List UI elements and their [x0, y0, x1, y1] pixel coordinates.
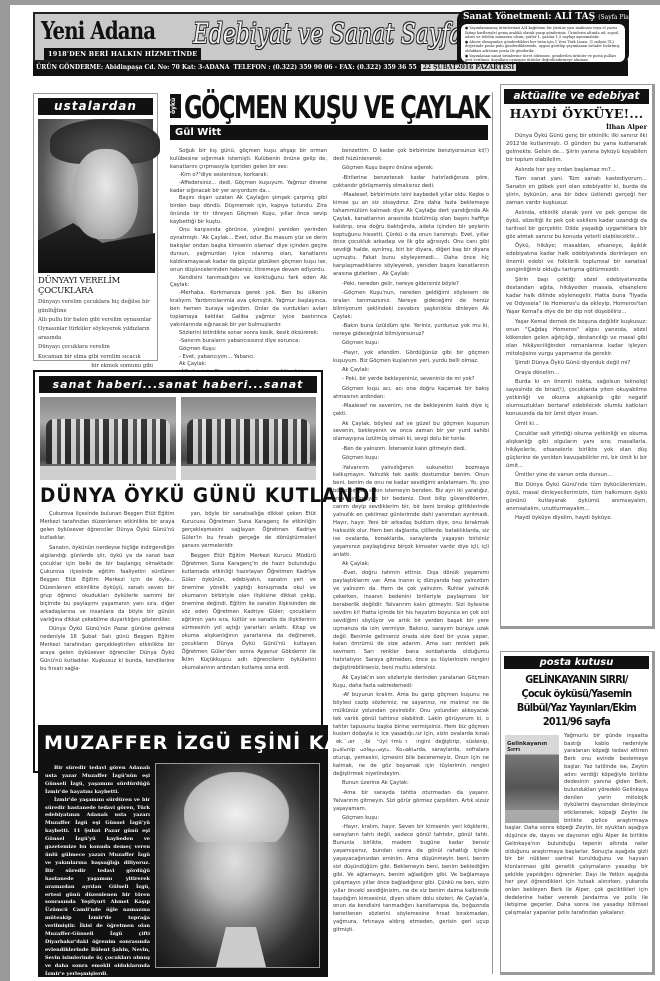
rule-item: Yayımlanmamış ürünlerinizi A/4 kağıdının…	[465, 26, 621, 40]
issue-date: 22 ŞUBAT2016 PAZARTESİ	[421, 64, 516, 71]
portrait-hair	[184, 772, 289, 842]
story-paragraph: Ak Çaylak:	[333, 367, 489, 375]
story-title: GÖÇMEN KUŞU VE ÇAYLAK	[184, 90, 489, 126]
article-paragraph: Haydi öyküye diyelim, haydi öyküye.	[506, 514, 647, 522]
story-paragraph: -Peki, nereden gelir, nereye gidersiniz …	[333, 281, 489, 289]
story-paragraph: -Maalesef, birbirimizin izini kaybedeli …	[333, 192, 489, 279]
story-paragraph: -Evet, doğru tahmin ettiniz. Dışa dönük …	[333, 570, 489, 673]
story-paragraph: Soğuk bir kış günü, göçmen kuşu ahşap bi…	[170, 148, 327, 172]
article-paragraph: Çocuklar salt yitirdiği okuma yetkinliği…	[506, 430, 647, 470]
story-paragraph: - Evet, yabancıyım... Yabancı.	[170, 354, 327, 362]
story-paragraph: -Ben de yalnızım. İsterseniz kalın gitme…	[333, 446, 489, 454]
story-paragraph: Onu karşısında görünce, yüreğini yeniden…	[170, 227, 327, 274]
students-group	[187, 419, 311, 464]
event-photo-2	[181, 397, 317, 480]
news-paragraph: Beşgen Etüt Eğitim Merkezi Kurucu Müdürü…	[182, 552, 317, 672]
article-paragraph: Oraya dönelim...	[506, 369, 647, 377]
story-paragraph: -Hayır, yok efendim. Gördüğünüz gibi bir…	[333, 350, 489, 366]
article-paragraph: Yaşar Kemal demek de boşuna değildir kuş…	[506, 318, 647, 358]
story-paragraph: -Göçmen Kuşu'nun, nereden geldiğimi söyl…	[333, 290, 489, 322]
art-director-credit: Sanat Yönetmeni: ALİ TAŞ (Sayfa Planı-Dü…	[457, 10, 629, 24]
article-author: İlhan Alper	[506, 123, 647, 131]
story-paragraph: -Hayır, kralım, hayır. Seven bir kimseni…	[333, 824, 489, 935]
obituary-body: Bir süredir tedavi gören Adanalı usta ya…	[45, 765, 150, 978]
story-paragraph: Göçmen kuşu:	[333, 340, 489, 348]
posta-kutusu-box: posta kutusu GELİNKAYANIN SIRRI/Çocuk öy…	[500, 651, 655, 975]
obituary-paragraph: Bir süredir tedavi gören Adanalı usta ya…	[45, 765, 150, 797]
story-paragraph: -Bakın buna üzüldüm işte. Yeriniz, yurdu…	[333, 323, 489, 339]
story-paragraph: benzettim. O kadar çok birbirinize benzi…	[333, 148, 489, 164]
section-kicker: ustalardan	[38, 98, 153, 115]
obituary-paragraph: İzmir'de yaşamını sürdüren ve bir süredi…	[45, 797, 150, 979]
poem-title: DÜNYAYI VERELİM ÇOCUKLARA	[38, 276, 153, 296]
article-title: HAYDİ ÖYKÜYE!...	[501, 106, 652, 121]
story-paragraph: Bunun üzerine Ak Çaylak:	[333, 780, 489, 788]
story-author: Gül Witt	[170, 125, 488, 140]
author-portrait-photo	[155, 763, 320, 968]
news-column-2: yan, böyle bir sanatsallığa dikkat çeken…	[182, 510, 317, 702]
story-headline: öykü GÖÇMEN KUŞU VE ÇAYLAK	[170, 92, 488, 120]
section-kicker: aktüalite ve edebiyat	[504, 89, 649, 104]
photo-ground	[40, 466, 176, 480]
obituary-box: MUZAFFER İZGÜ EŞİNİ KAYBETTİ Bir süredir…	[38, 725, 328, 977]
story-paragraph: Göçmen kuşu:	[333, 815, 489, 823]
poem-line: Kocaman bir elma gibi verelim sıcacık	[38, 353, 153, 362]
story-paragraph: Ak Çaylak, böylesi saf ve güzel bu göçme…	[333, 421, 489, 445]
story-column-1: Soğuk bir kış günü, göçmen kuşu ahşap bi…	[170, 148, 327, 370]
contact-ribbon: ÜRÜN GÖNDERME: Abidinpaşa Cd. No: 70 Kat…	[33, 62, 628, 76]
rule-item: Yayımlanan sanat ürünlerine ücret ödenme…	[465, 54, 621, 62]
book-cover-image: Gelinkayanın Sırrı	[505, 735, 559, 823]
article-paragraph: Biz Dünya Öykü Günü'nde tüm öykücülerimi…	[506, 481, 647, 513]
poem-line: Dünyayı çocuklara verelim	[38, 343, 153, 352]
art-director-role: (Sayfa Planı-Düzeltmen)	[598, 14, 629, 21]
story-paragraph: -Maalesef ne sevenim, ne de bekleyenim k…	[333, 403, 489, 419]
article-paragraph: Öykü, hikâye; masaldan, efsaneye, âşıklı…	[506, 242, 647, 274]
obituary-headline: MUZAFFER İZGÜ EŞİNİ KAYBETTİ	[44, 732, 328, 754]
story-paragraph: Kendisini tanımadığını ve korktuğunu far…	[170, 275, 327, 291]
story-paragraph: -Affedersiniz... dedi, Göçmen kuşuyum. Y…	[170, 180, 327, 196]
story-paragraph: -Sanırım buraların yabancısısınız diye s…	[170, 338, 327, 346]
article-body: Dünya Öykü Günü genç bir etkinlik; ilki …	[506, 132, 647, 522]
news-paragraph: Dünya Öykü Günü'nün Pazar gününe gelmesi…	[40, 625, 175, 673]
book-review-title: GELİNKAYANIN SIRRI/Çocuk öyküsü/Yasemin …	[512, 673, 641, 729]
photo-ground	[181, 466, 317, 480]
brand-tagline: 1918'DEN BERİ HALKIN HİZMETİNDE	[44, 48, 201, 60]
news-column-1: Çukurova ilçesinde bulunan Beşgen Etüt E…	[40, 510, 175, 702]
poet-portrait-photo	[38, 119, 153, 273]
story-paragraph: Göçmen kuşu:	[333, 455, 489, 463]
event-photo-1	[40, 397, 176, 480]
section-kicker: posta kutusu	[504, 656, 649, 669]
story-paragraph: -Ama bir sarayda tahtta oturmadan da yaş…	[333, 790, 489, 814]
article-paragraph: Ümit ki...	[506, 420, 647, 428]
story-paragraph: Sözlerini bitirdikte sonar sonra kesik, …	[170, 330, 327, 338]
left-margin-strip	[0, 0, 10, 981]
poem-line: Oynasınlar türküler söyleyerek yıldızlar…	[38, 325, 153, 343]
portrait-shirt	[216, 927, 266, 967]
story-paragraph: Ak Çaylak:	[333, 561, 489, 569]
submission-rules: Yayımlanmamış ürünlerinizi A/4 kağıdının…	[461, 24, 625, 62]
column-divider	[492, 92, 493, 974]
story-paragraph: Göçmen kuşu acı, acı ona doğru kaçamak b…	[333, 386, 489, 402]
poem-line: Dünyayı verelim çocuklara hiç değilse bi…	[38, 298, 153, 316]
news-paragraph: Çukurova ilçesinde bulunan Beşgen Etüt E…	[40, 510, 175, 542]
article-paragraph: Şimdi Dünya Öykü Günü diyorduk değil mi?	[506, 359, 647, 367]
news-paragraph: Sanatın, öykünün nerdeyse hiçliğe indirg…	[40, 544, 175, 624]
address-text: ÜRÜN GÖNDERME: Abidinpaşa Cd. No: 70 Kat…	[36, 64, 229, 71]
news-columns: Çukurova ilçesinde bulunan Beşgen Etüt E…	[40, 510, 316, 702]
story-paragraph: -Merhaba. Korkmanıza gerek yok. Ben bu ü…	[170, 290, 327, 330]
phone-fax-text: TELEFON : (0.322) 359 90 06 - FAX: (0.32…	[233, 64, 416, 71]
aktualite-box: aktüalite ve edebiyat HAYDİ ÖYKÜYE!... İ…	[500, 84, 655, 629]
article-paragraph: Ümitler yine de varsın orda dursun...	[506, 471, 647, 479]
news-headline: DÜNYA ÖYKÜ GÜNÜ KUTLANDI	[40, 484, 302, 507]
story-paragraph: -Kim o?"diye seslenince, korkarak:	[170, 172, 327, 180]
sanat-haberi-box: sanat haberi...sanat haberi...sanat habe…	[33, 370, 323, 773]
section-kicker: sanat haberi...sanat haberi...sanat habe…	[39, 376, 317, 393]
story-paragraph: -Yalvarırım yalnızlığımın sukunetini boz…	[333, 465, 489, 560]
story-paragraph: - Peki, bir yerde bekleyeniniz, sevenini…	[333, 376, 489, 384]
story-paragraph: Göçmen Kuşu:	[170, 346, 327, 354]
article-paragraph: Tüm sanat yani. Tüm sanatı kastediyorum.…	[506, 175, 647, 207]
poem-line: Allı pullu bir balon gibi verelim oynası…	[38, 316, 153, 325]
article-paragraph: Dünya Öykü Günü genç bir etkinlik; ilki …	[506, 132, 647, 164]
newspaper-brand: Yeni Adana	[41, 16, 155, 45]
submission-info-box: Sanat Yönetmeni: ALİ TAŞ (Sayfa Planı-Dü…	[457, 10, 629, 64]
article-paragraph: Şiirin başı çektiği sözel edebiyatımızda…	[506, 276, 647, 316]
story-paragraph: Göçmen Kuşu başını önüne eğerek:	[333, 165, 489, 173]
news-paragraph: yan, böyle bir sanatsallığa dikkat çeken…	[182, 510, 317, 550]
art-director-label: Sanat Yönetmeni: ALİ TAŞ	[463, 12, 595, 22]
story-paragraph: Ak Çaylak'ın son sözleriyle derinden yar…	[333, 675, 489, 691]
top-margin-strip	[0, 0, 660, 5]
story-paragraph: -Birilerine benzetecek kadar hatırladığı…	[333, 175, 489, 191]
article-paragraph: Aslında her şey ordan başlamaz mı?...	[506, 166, 647, 174]
story-column-2: benzettim. O kadar çok birbirinize benzi…	[333, 148, 489, 974]
story-paragraph: Başını dışarı uzatan Ak Çaylağın şimşek …	[170, 195, 327, 227]
story-genre-tag: öykü	[170, 94, 181, 118]
page-title: Edebiyat ve Sanat Sayfası	[193, 17, 481, 50]
article-paragraph: Burda ki en önemli nokta, sağolsun tekno…	[506, 378, 647, 418]
students-group	[46, 419, 170, 464]
article-paragraph: Aslında, etkinlik olarak yeni ve pek gen…	[506, 209, 647, 241]
portrait-face	[73, 149, 138, 239]
rule-item: Abone olmayanlar, gönderdikleri her ürün…	[465, 40, 621, 54]
book-cover-title: Gelinkayanın Sırrı	[507, 741, 559, 753]
ustalardan-box: ustalardan DÜNYAYI VERELİM ÇOCUKLARA Dün…	[33, 93, 158, 361]
